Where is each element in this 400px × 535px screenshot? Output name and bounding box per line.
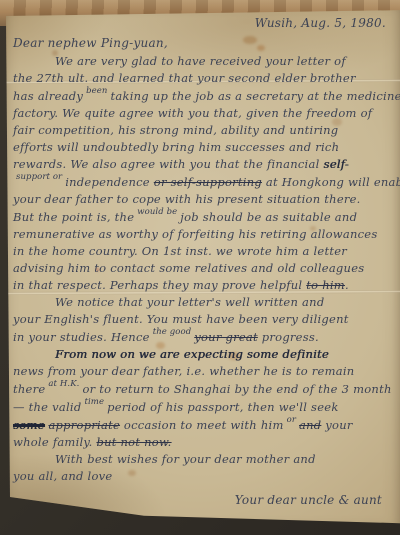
letter-photo: Wusih, Aug. 5, 1980. Dear nephew Ping-yu… xyxy=(0,0,400,535)
letter-paper: Wusih, Aug. 5, 1980. Dear nephew Ping-yu… xyxy=(0,0,400,535)
letter-text: the 27th ult. and learned that your seco… xyxy=(13,71,356,85)
letter-line: factory. We quite agree with you that, g… xyxy=(13,105,394,122)
letter-line: the 27th ult. and learned that your seco… xyxy=(13,70,394,87)
struck-word: some xyxy=(13,418,45,432)
inserted-word: or xyxy=(287,416,296,424)
letter-text: — the valid xyxy=(13,400,81,414)
letter-text: news from your dear father, i.e. whether… xyxy=(13,364,354,378)
inserted-word: time xyxy=(84,398,104,406)
letter-text: fair competition, his strong mind, abili… xyxy=(13,123,338,137)
letter-line: advising him to contact some relatives a… xyxy=(13,260,394,277)
letter-line: rewards. We also agree with you that the… xyxy=(13,156,394,173)
letter-text: self- xyxy=(323,157,348,171)
letter-body: We are very glad to have received your l… xyxy=(13,53,394,485)
letter-line: some appropriate occasion to meet with h… xyxy=(13,416,394,434)
letter-line: has alreadybeentaking up the job as a se… xyxy=(13,87,394,105)
letter-text: progress. xyxy=(258,330,319,344)
letter-text: your xyxy=(321,418,352,432)
letter-text: or to return to Shanghai by the end of t… xyxy=(82,382,391,396)
struck-word: to him xyxy=(306,278,345,292)
letter-line: We are very glad to have received your l… xyxy=(13,53,394,70)
letter-line: remunerative as worthy of forfeiting his… xyxy=(13,226,394,243)
letter-text: in your studies. Hence xyxy=(13,330,150,344)
letter-line: fair competition, his strong mind, abili… xyxy=(13,122,394,139)
letter-text: We notice that your letter's well writte… xyxy=(55,295,324,309)
letter-text: . xyxy=(345,278,349,292)
struck-word: or self-supporting xyxy=(154,175,262,189)
letter-text: advising him to contact some relatives a… xyxy=(13,261,364,275)
letter-text: With best wishes for your dear mother an… xyxy=(55,452,316,466)
inserted-word: been xyxy=(86,87,107,95)
letter-line: you all, and love xyxy=(13,468,394,485)
letter-line: With best wishes for your dear mother an… xyxy=(13,451,394,468)
letter-signature: Your dear uncle & aunt xyxy=(235,492,382,509)
letter-line: your English's fluent. You must have bee… xyxy=(13,311,394,328)
letter-text: whole family. xyxy=(13,435,96,449)
struck-word: and xyxy=(299,418,321,432)
letter-text: taking up the job as a secretary at the … xyxy=(111,89,400,103)
letter-text: remunerative as worthy of forfeiting his… xyxy=(13,227,378,241)
letter-line: — the validtimeperiod of his passport, t… xyxy=(13,398,394,416)
letter-text: factory. We quite agree with you that, g… xyxy=(13,106,372,120)
letter-text: But the point is, the xyxy=(13,210,134,224)
letter-salutation: Dear nephew Ping-yuan, xyxy=(13,35,168,52)
letter-text: your dear father to cope with his presen… xyxy=(13,192,361,206)
letter-text: there xyxy=(13,382,45,396)
letter-date: Wusih, Aug. 5, 1980. xyxy=(255,15,386,32)
letter-text: in the home country. On 1st inst. we wro… xyxy=(13,244,347,258)
letter-text: occasion to meet with him xyxy=(120,418,284,432)
letter-text: independence xyxy=(65,175,154,189)
letter-line: whole family. but not now. xyxy=(13,434,394,451)
letter-line: news from your dear father, i.e. whether… xyxy=(13,363,394,380)
letter-text: We are very glad to have received your l… xyxy=(55,54,346,68)
letter-line: in that respect. Perhaps they may prove … xyxy=(13,277,394,294)
letter-text: in that respect. Perhaps they may prove … xyxy=(13,278,306,292)
letter-line: We notice that your letter's well writte… xyxy=(13,294,394,311)
letter-text: efforts will undoubtedly bring him succe… xyxy=(13,140,339,154)
letter-line: in the home country. On 1st inst. we wro… xyxy=(13,243,394,260)
letter-line: thereat H.K.or to return to Shanghai by … xyxy=(13,380,394,398)
letter-text: period of his passport, then we'll seek xyxy=(107,400,338,414)
letter-text: From now on we are expecting some defini… xyxy=(55,347,329,361)
letter-line: support orindependence or self-supportin… xyxy=(13,173,394,191)
letter-text: you all, and love xyxy=(13,469,112,483)
letter-line: your dear father to cope with his presen… xyxy=(13,191,394,208)
letter-text: your English's fluent. You must have bee… xyxy=(13,312,349,326)
letter-line: But the point is, thewould bejob should … xyxy=(13,208,394,226)
letter-content: Wusih, Aug. 5, 1980. Dear nephew Ping-yu… xyxy=(0,0,400,535)
letter-text: has already xyxy=(13,89,83,103)
inserted-word: would be xyxy=(137,208,177,216)
letter-line: efforts will undoubtedly bring him succe… xyxy=(13,139,394,156)
letter-text: job should be as suitable and xyxy=(180,210,357,224)
letter-text: at Hongkong will enable xyxy=(262,175,400,189)
letter-text: rewards. We also agree with you that the… xyxy=(13,157,323,171)
letter-line: From now on we are expecting some defini… xyxy=(13,346,394,363)
inserted-word: support or xyxy=(16,173,62,181)
letter-line: in your studies. Hencethe goodyour great… xyxy=(13,328,394,346)
struck-word: appropriate xyxy=(48,418,120,432)
inserted-word: at H.K. xyxy=(48,380,79,388)
inserted-word: the good xyxy=(153,328,192,336)
struck-word: your great xyxy=(194,330,258,344)
struck-word: but not now. xyxy=(96,435,171,449)
